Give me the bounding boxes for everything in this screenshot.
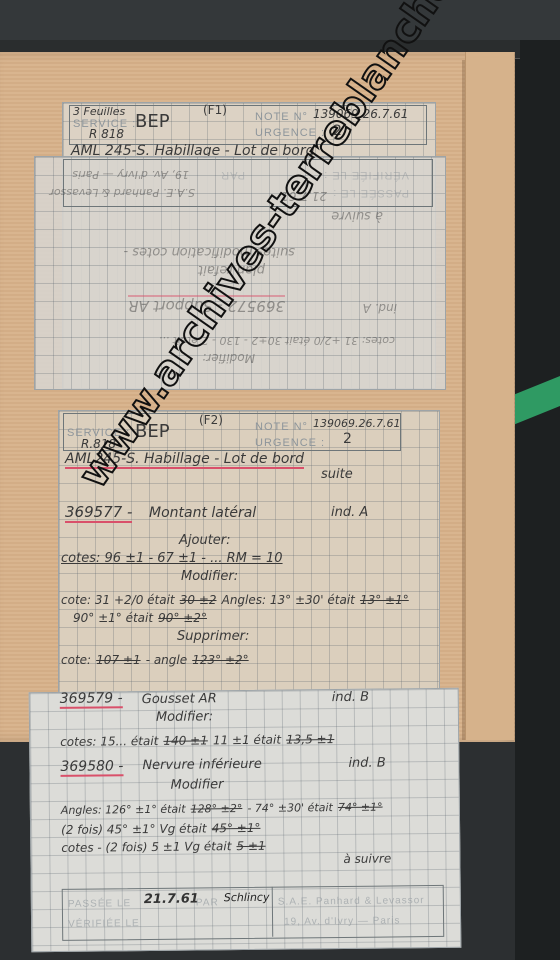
item2-cotes-line: cotes: 15... était 140 ±1 11 ±1 était 13… xyxy=(60,728,334,750)
par-label: PAR xyxy=(196,897,219,908)
line-modifier: Modifier: xyxy=(202,351,255,365)
heading-ajouter: Ajouter: xyxy=(179,533,231,548)
background-wall xyxy=(0,0,560,42)
passee-label: PASSÉE LE xyxy=(68,898,131,910)
item1-ind: ind. A xyxy=(331,505,368,520)
item3-name: Nervure inférieure xyxy=(142,757,262,773)
urgence-value: 2 xyxy=(343,431,352,447)
item1-ref: 369577 - xyxy=(65,503,132,523)
cotes-line: cotes - (2 fois) 5 ±1 Vg était 5 ±1 xyxy=(61,835,266,856)
sheet-title-cont: suite xyxy=(321,467,353,482)
item3-ind: ind. B xyxy=(348,756,385,771)
item2-ind: ind. B xyxy=(332,690,369,705)
passee-value: 21.7.61 xyxy=(144,891,199,907)
urgence-label: URGENCE : xyxy=(255,437,325,449)
heading-modifier: Modifier: xyxy=(181,569,238,584)
company: S.A.E. Panhard & Levassor xyxy=(278,895,425,908)
folder-flap xyxy=(465,52,514,740)
note-label: NOTE N° xyxy=(255,111,308,123)
background-table xyxy=(515,40,560,960)
par-label: PAR xyxy=(220,169,245,181)
item2-ref: 369579 - xyxy=(60,690,123,709)
verifiee-label: VÉRIFIÉE LE xyxy=(68,918,140,930)
heading-modifier-2: Modifier xyxy=(171,777,224,793)
pages-count: 3 Feuilles xyxy=(73,105,125,118)
line-support-ind: ind. A xyxy=(363,301,397,315)
signature: Schlincy xyxy=(224,891,270,904)
address: 19, Av. d'Ivry — Paris xyxy=(284,915,400,927)
note-value: 139069.26.7.61 xyxy=(313,417,400,430)
item3-ref: 369580 - xyxy=(60,758,123,777)
modifier-line-1: cote: 31 +2/0 était 30 ±2 Angles: 13° ±3… xyxy=(61,589,409,608)
ajouter-line: cotes: 96 ±1 - 67 ±1 - ... RM = 10 xyxy=(61,551,283,566)
heading-modifier: Modifier: xyxy=(156,709,213,725)
heading-supprimer: Supprimer: xyxy=(177,629,249,644)
verifiee-label: VÉRIFIÉE LE : xyxy=(323,169,409,181)
address: 19, Av. d'Ivry — Paris xyxy=(72,168,189,181)
modifier-line-2: 90° ±1° était 90° ±2° xyxy=(73,607,207,626)
supprimer-line: cote: 107 ±1 - angle 123° ±2° xyxy=(61,649,249,668)
item2-name: Gousset AR xyxy=(142,691,217,707)
service-value: BEP xyxy=(135,111,170,132)
angles-line: Angles: 126° ±1° était 128° ±2° - 74° ±3… xyxy=(61,796,383,818)
passee-label: PASSÉE LE : xyxy=(332,187,409,199)
note-label: NOTE N° xyxy=(255,421,308,433)
a-suivre: à suivre xyxy=(343,851,391,865)
form-id: (F2) xyxy=(199,413,223,427)
service-ref: R 818 xyxy=(89,127,124,141)
sheet-f3: 369579 - Gousset AR ind. B Modifier: cot… xyxy=(29,688,462,952)
company: S.A.E. Panhard & Levassor xyxy=(49,186,195,199)
form-id: (F1) xyxy=(203,103,227,117)
item1-name: Montant latéral xyxy=(149,505,256,521)
line-a-suivre: à suivre xyxy=(331,208,383,223)
